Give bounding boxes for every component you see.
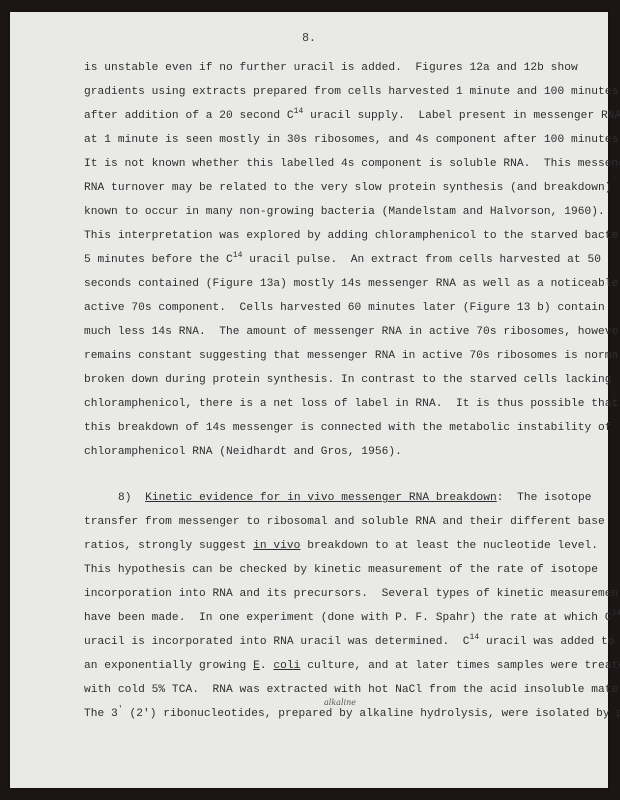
document-page: 8. is unstable even if no further uracil… bbox=[10, 12, 608, 788]
superscript: 14 bbox=[470, 633, 480, 642]
italic-term: E bbox=[253, 660, 260, 672]
text-span: uracil was added to bbox=[479, 636, 614, 648]
text-line: is unstable even if no further uracil is… bbox=[84, 62, 578, 74]
text-line: This interpretation was explored by addi… bbox=[84, 230, 620, 242]
text-span: . bbox=[260, 660, 274, 672]
text-span: ratios, strongly suggest bbox=[84, 540, 253, 552]
text-line: incorporation into RNA and its precursor… bbox=[84, 588, 620, 600]
text-span: (2') ribonucleotides, prepared by alkali… bbox=[123, 708, 620, 720]
text-line: broken down during protein synthesis. In… bbox=[84, 374, 612, 386]
text-line: have been made. In one experiment (done … bbox=[84, 612, 620, 624]
text-line: transfer from messenger to ribosomal and… bbox=[84, 516, 605, 528]
text-line: at 1 minute is seen mostly in 30s riboso… bbox=[84, 134, 620, 146]
text-line: with cold 5% TCA. RNA was extracted with… bbox=[84, 684, 620, 696]
text-line: chloramphenicol, there is a net loss of … bbox=[84, 398, 618, 410]
text-line: gradients using extracts prepared from c… bbox=[84, 86, 618, 98]
text-line: It is not known whether this labelled 4s… bbox=[84, 158, 620, 170]
italic-term: in vivo bbox=[253, 540, 300, 552]
text-line: ratios, strongly suggest in vivo breakdo… bbox=[84, 540, 598, 552]
text-span: an exponentially growing bbox=[84, 660, 253, 672]
text-line: known to occur in many non-growing bacte… bbox=[84, 206, 605, 218]
text-line: active 70s component. Cells harvested 60… bbox=[84, 302, 605, 314]
text-line: This hypothesis can be checked by kineti… bbox=[84, 564, 598, 576]
text-span: after addition of a 20 second C bbox=[84, 110, 294, 122]
text-line: this breakdown of 14s messenger is conne… bbox=[84, 422, 612, 434]
text-span: The 3 bbox=[84, 708, 118, 720]
italic-term: coli bbox=[273, 660, 300, 672]
text-line: uracil is incorporated into RNA uracil w… bbox=[84, 636, 615, 648]
superscript: 14 bbox=[612, 609, 620, 618]
text-line: The 3' (2') ribonucleotides, prepared by… bbox=[84, 708, 620, 720]
text-line: seconds contained (Figure 13a) mostly 14… bbox=[84, 278, 618, 290]
text-line: 5 minutes before the C14 uracil pulse. A… bbox=[84, 254, 601, 266]
text-line: remains constant suggesting that messeng… bbox=[84, 350, 620, 362]
text-line: much less 14s RNA. The amount of messeng… bbox=[84, 326, 620, 338]
text-line: after addition of a 20 second C14 uracil… bbox=[84, 110, 620, 122]
handwritten-correction: alkaline bbox=[324, 698, 356, 707]
text-span: uracil supply. Label present in messenge… bbox=[303, 110, 620, 122]
text-span: breakdown to at least the nucleotide lev… bbox=[300, 540, 598, 552]
text-line: chloramphenicol RNA (Neidhardt and Gros,… bbox=[84, 446, 402, 458]
text-span: culture, and at later times samples were… bbox=[300, 660, 620, 672]
text-line: RNA turnover may be related to the very … bbox=[84, 182, 612, 194]
text-line: an exponentially growing E. coli culture… bbox=[84, 660, 620, 672]
text-span: have been made. In one experiment (done … bbox=[84, 612, 612, 624]
superscript: 14 bbox=[233, 251, 243, 260]
text-span: 5 minutes before the C bbox=[84, 254, 233, 266]
superscript: 14 bbox=[294, 107, 304, 116]
page-number: 8. bbox=[10, 32, 608, 45]
text-span: uracil pulse. An extract from cells harv… bbox=[243, 254, 601, 266]
text-span: : The isotope bbox=[497, 492, 592, 504]
section-number: 8) bbox=[118, 492, 132, 504]
section-heading-line: 8) Kinetic evidence for in vivo messenge… bbox=[118, 492, 591, 504]
text-span: uracil is incorporated into RNA uracil w… bbox=[84, 636, 470, 648]
section-heading: Kinetic evidence for in vivo messenger R… bbox=[145, 492, 497, 504]
